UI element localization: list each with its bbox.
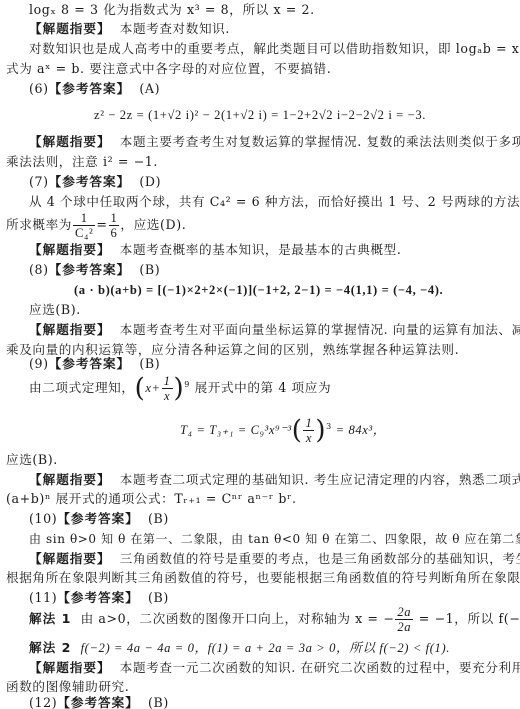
answer-value: (B) <box>139 262 160 277</box>
equals-sign: = <box>96 217 107 232</box>
answer-value: (D) <box>139 174 161 189</box>
hint-label: 【解题指要】 <box>29 134 111 149</box>
answer-value: (B) <box>139 356 160 371</box>
formula-text: (a · b)(a+b) = [(−1)×2+2×(−1)](−1+2, 2−1… <box>74 283 443 297</box>
paragraph-text: 应选(B). <box>29 302 81 317</box>
text-line: 由 sin θ>0 知 θ 在第一、二象限，由 tan θ<0 知 θ 在第二、… <box>29 531 514 547</box>
answer-label: 【参考答案】 <box>49 262 131 277</box>
hint-label: 【解题指要】 <box>29 551 111 566</box>
paragraph-text: 式为 aˣ = b. 要注意式中各字母的对应位置，不要搞错. <box>6 61 331 76</box>
numerator: 1 <box>109 211 120 226</box>
fraction: 1x <box>162 374 173 403</box>
text-line: 应选(B). <box>6 452 514 468</box>
hint-line: 【解题指要】 三角函数值的符号是重要的考点，也是三角函数部分的基础知识，考生要能 <box>29 551 514 567</box>
numerator: 1 <box>162 374 173 389</box>
solution-2-line: 解法 2 f(−2) = 4a − 4a = 0，f(1) = a + 2a =… <box>29 640 514 656</box>
answer-value: (A) <box>139 81 160 96</box>
formula-text: = 84x³， <box>332 423 386 437</box>
solution-label: 解法 1 <box>29 611 71 626</box>
question-number: (9) <box>29 356 49 371</box>
solution-label: 解法 2 <box>29 640 71 655</box>
question-number: (12) <box>29 695 57 709</box>
formula-complex: z² − 2z = (1+√2 i)² − 2(1+√2 i) = 1−2+2√… <box>0 107 520 123</box>
hint-label: 【解题指要】 <box>29 660 111 675</box>
text-line: 函数的图像辅助研究. <box>6 679 514 695</box>
answer-label: 【参考答案】 <box>49 356 131 371</box>
answer-line-9: (9)【参考答案】 (B) <box>29 356 514 372</box>
expression: x+ <box>145 381 160 395</box>
answer-label: 【参考答案】 <box>57 511 139 526</box>
hint-label: 【解题指要】 <box>29 21 111 36</box>
paragraph-text: 应选(B). <box>6 452 58 467</box>
fraction: 1x <box>303 416 314 445</box>
formula-text: z² − 2z = (1+√2 i)² − 2(1+√2 i) = 1−2+2√… <box>94 108 426 122</box>
numerator: 1 <box>73 211 95 226</box>
text-line: logₓ 8 = 3 化为指数式为 x³ = 8，所以 x = 2. <box>29 2 514 18</box>
paragraph-text: (a+b)ⁿ 展开式的通项公式：Tᵣ₊₁ = Cⁿʳ aⁿ⁻ʳ bʳ. <box>6 491 297 506</box>
denominator: 6 <box>109 226 120 240</box>
paragraph-text: 乘法法则，注意 i² = −1. <box>6 154 158 169</box>
paragraph-text: 乘及向量的内积运算等，应分清各种运算之间的区别，熟练掌握各种运算法则. <box>6 342 459 357</box>
hint-line: 【解题指要】 本题考查二项式定理的基础知识. 考生应记清定理的内容，熟悉二项式 <box>29 472 514 488</box>
log-conversion-text: logₓ 8 = 3 化为指数式为 x³ = 8，所以 x = 2. <box>29 2 315 17</box>
answer-label: 【参考答案】 <box>49 81 131 96</box>
paragraph-text: 所求概率为 <box>6 217 72 232</box>
answer-line-8: (8)【参考答案】 (B) <box>29 262 514 278</box>
left-paren: ( <box>292 416 303 446</box>
hint-label: 【解题指要】 <box>29 322 111 337</box>
denominator: x <box>303 431 314 445</box>
denominator: x <box>162 389 173 403</box>
answer-line-7: (7)【参考答案】 (D) <box>29 174 514 190</box>
paragraph-text: 从 4 个球中任取两个球，共有 C₄² = 6 种方法，而恰好摸出 1 号、2 … <box>29 194 520 209</box>
paragraph-text: 根据角所在象限判断其三角函数值的符号，也要能根据三角函数值的符号判断角所在象限. <box>6 570 520 585</box>
question-number: (8) <box>29 262 49 277</box>
paragraph-text: 展开式中的第 4 项应为 <box>190 380 331 395</box>
numerator: 2a <box>395 605 413 620</box>
hint-line: 【解题指要】 本题考查一元二次函数的知识. 在研究二次函数的过程中，要充分利用二… <box>29 660 514 676</box>
right-paren: ) <box>174 374 185 404</box>
hint-label: 【解题指要】 <box>29 242 111 257</box>
paragraph-text: 由 sin θ>0 知 θ 在第一、二象限，由 tan θ<0 知 θ 在第二、… <box>29 532 520 546</box>
question-number: (10) <box>29 511 57 526</box>
right-paren: ) <box>315 416 326 446</box>
probability-line: 所求概率为1C₄²=16，应选(D). <box>6 208 514 242</box>
paragraph-text: = −1，所以 f(−2) < f(1). <box>414 611 520 626</box>
denominator: 2a <box>395 620 413 634</box>
hint-line: 【解题指要】 本题考查对数知识. <box>29 21 514 37</box>
formula-binomial-term: T₄ = T₃₊₁ = C₉³x⁹⁻³(1x)3 = 84x³， <box>180 410 514 451</box>
hint-line: 【解题指要】 本题考查考生对平面向量坐标运算的掌握情况. 向量的运算有加法、减法… <box>29 322 514 338</box>
paragraph-text: 对数知识也是成人高考中的重要考点，解此类题目可以借助指数知识，即 logₐb =… <box>29 41 520 56</box>
paragraph-text: 由 a>0，二次函数的图像开口向上，对称轴为 x = − <box>81 611 395 626</box>
numerator: 1 <box>303 416 314 431</box>
text-line: 乘法法则，注意 i² = −1. <box>6 154 514 170</box>
hint-text: 本题考查概率的基本知识，是最基本的古典概型. <box>120 242 402 257</box>
binomial-line: 由二项式定理知，(x+1x)9 展开式中的第 4 项应为 <box>29 371 514 406</box>
hint-text: 本题主要考查考生对复数运算的掌握情况. 复数的乘法法则类似于多项式的 <box>120 134 520 149</box>
text-line: (a+b)ⁿ 展开式的通项公式：Tᵣ₊₁ = Cⁿʳ aⁿ⁻ʳ bʳ. <box>6 491 514 507</box>
fraction: 16 <box>109 211 120 240</box>
question-number: (7) <box>29 174 49 189</box>
hint-label: 【解题指要】 <box>29 472 111 487</box>
text-line: 应选(B). <box>29 302 514 318</box>
left-paren: ( <box>135 374 146 404</box>
hint-text: 本题考查一元二次函数的知识. 在研究二次函数的过程中，要充分利用二次 <box>120 660 520 675</box>
answer-line-6: (6)【参考答案】 (A) <box>29 81 514 97</box>
hint-text: 本题考查二项式定理的基础知识. 考生应记清定理的内容，熟悉二项式 <box>120 472 520 487</box>
text-line: 式为 aˣ = b. 要注意式中各字母的对应位置，不要搞错. <box>6 61 514 77</box>
hint-text: 本题考查考生对平面向量坐标运算的掌握情况. 向量的运算有加法、减法、数 <box>120 322 520 337</box>
formula-text: T₄ = T₃₊₁ = C₉³x⁹⁻³ <box>180 423 292 437</box>
answer-line-10: (10)【参考答案】 (B) <box>29 511 514 527</box>
denominator: C₄² <box>73 226 95 240</box>
text-line: 对数知识也是成人高考中的重要考点，解此类题目可以借助指数知识，即 logₐb =… <box>29 41 514 57</box>
paragraph-text: 由二项式定理知， <box>29 380 135 395</box>
paragraph-text: 函数的图像辅助研究. <box>6 679 129 694</box>
hint-text: 三角函数值的符号是重要的考点，也是三角函数部分的基础知识，考生要能 <box>120 551 520 566</box>
question-number: (6) <box>29 81 49 96</box>
text-line: 根据角所在象限判断其三角函数值的符号，也要能根据三角函数值的符号判断角所在象限. <box>6 570 514 586</box>
hint-line: 【解题指要】 本题主要考查考生对复数运算的掌握情况. 复数的乘法法则类似于多项式… <box>29 134 514 150</box>
hint-text: 本题考查对数知识. <box>120 21 230 36</box>
fraction: 1C₄² <box>73 211 95 240</box>
answer-value: (B) <box>148 511 169 526</box>
answer-value: (B) <box>148 695 169 709</box>
answer-line-12: (12)【参考答案】 (B) <box>29 695 514 709</box>
formula-text: f(−2) = 4a − 4a = 0，f(1) = a + 2a = 3a >… <box>81 641 450 655</box>
paragraph-text: ，应选(D). <box>120 217 186 232</box>
formula-vector: (a · b)(a+b) = [(−1)×2+2×(−1)](−1+2, 2−1… <box>74 282 514 298</box>
fraction: 2a2a <box>395 605 413 634</box>
answer-label: 【参考答案】 <box>49 174 131 189</box>
solution-1-line: 解法 1 由 a>0，二次函数的图像开口向上，对称轴为 x = −2a2a = … <box>29 602 514 636</box>
hint-line: 【解题指要】 本题考查概率的基本知识，是最基本的古典概型. <box>29 242 514 258</box>
answer-label: 【参考答案】 <box>57 695 139 709</box>
